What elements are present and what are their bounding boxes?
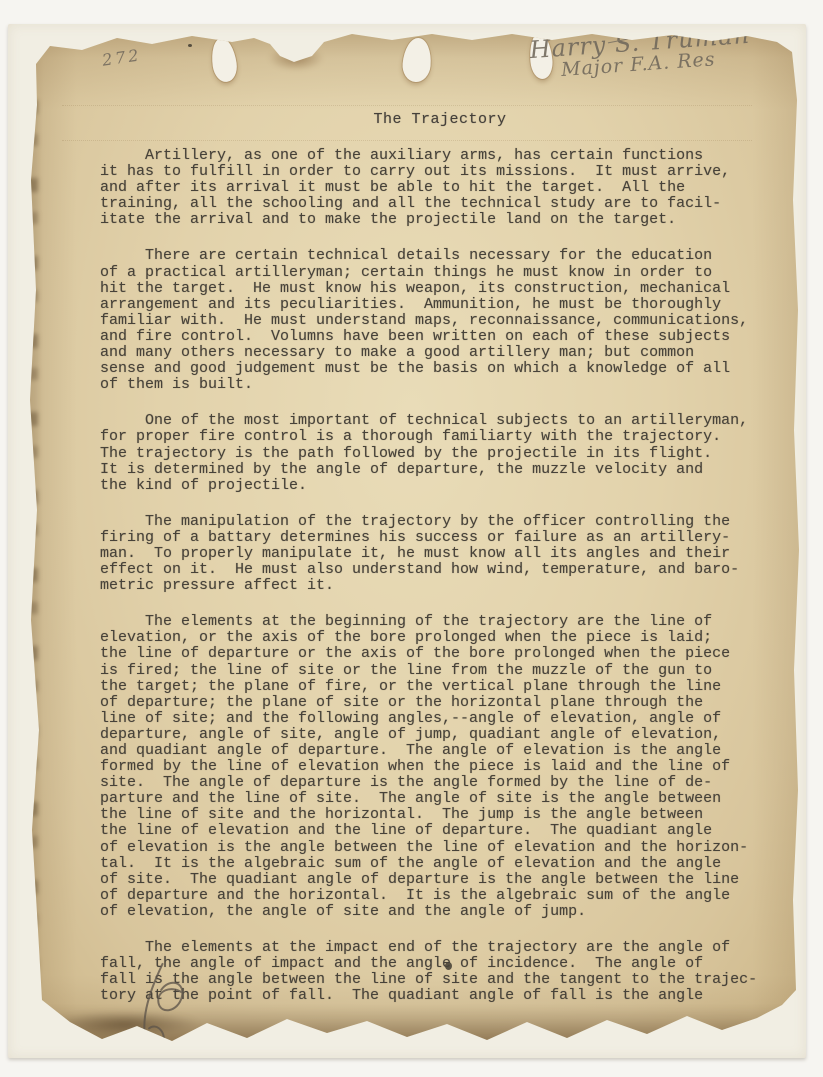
page-number-annotation: 272 — [101, 45, 143, 69]
paragraph: The manipulation of the trajectory by th… — [100, 514, 782, 594]
document-body: Artillery, as one of the auxiliary arms,… — [100, 148, 782, 1004]
paragraph: The elements at the beginning of the tra… — [100, 614, 782, 920]
paper-crease — [62, 140, 752, 141]
paper-damage-spot — [401, 37, 433, 83]
scan-background: { "document": { "title": "The Trajectory… — [0, 0, 823, 1077]
paragraph: One of the most important of technical s… — [100, 413, 782, 493]
document-page: 272 Harry S. Truman Major F.A. Res The T… — [22, 30, 800, 1045]
ink-speck — [188, 44, 192, 47]
paper-crease — [62, 105, 752, 106]
document-title: The Trajectory — [100, 112, 780, 128]
paragraph: Artillery, as one of the auxiliary arms,… — [100, 148, 782, 228]
paper-damage-spot — [209, 37, 239, 84]
paragraph: There are certain technical details nece… — [100, 248, 782, 393]
paragraph: The elements at the impact end of the tr… — [100, 940, 782, 1004]
